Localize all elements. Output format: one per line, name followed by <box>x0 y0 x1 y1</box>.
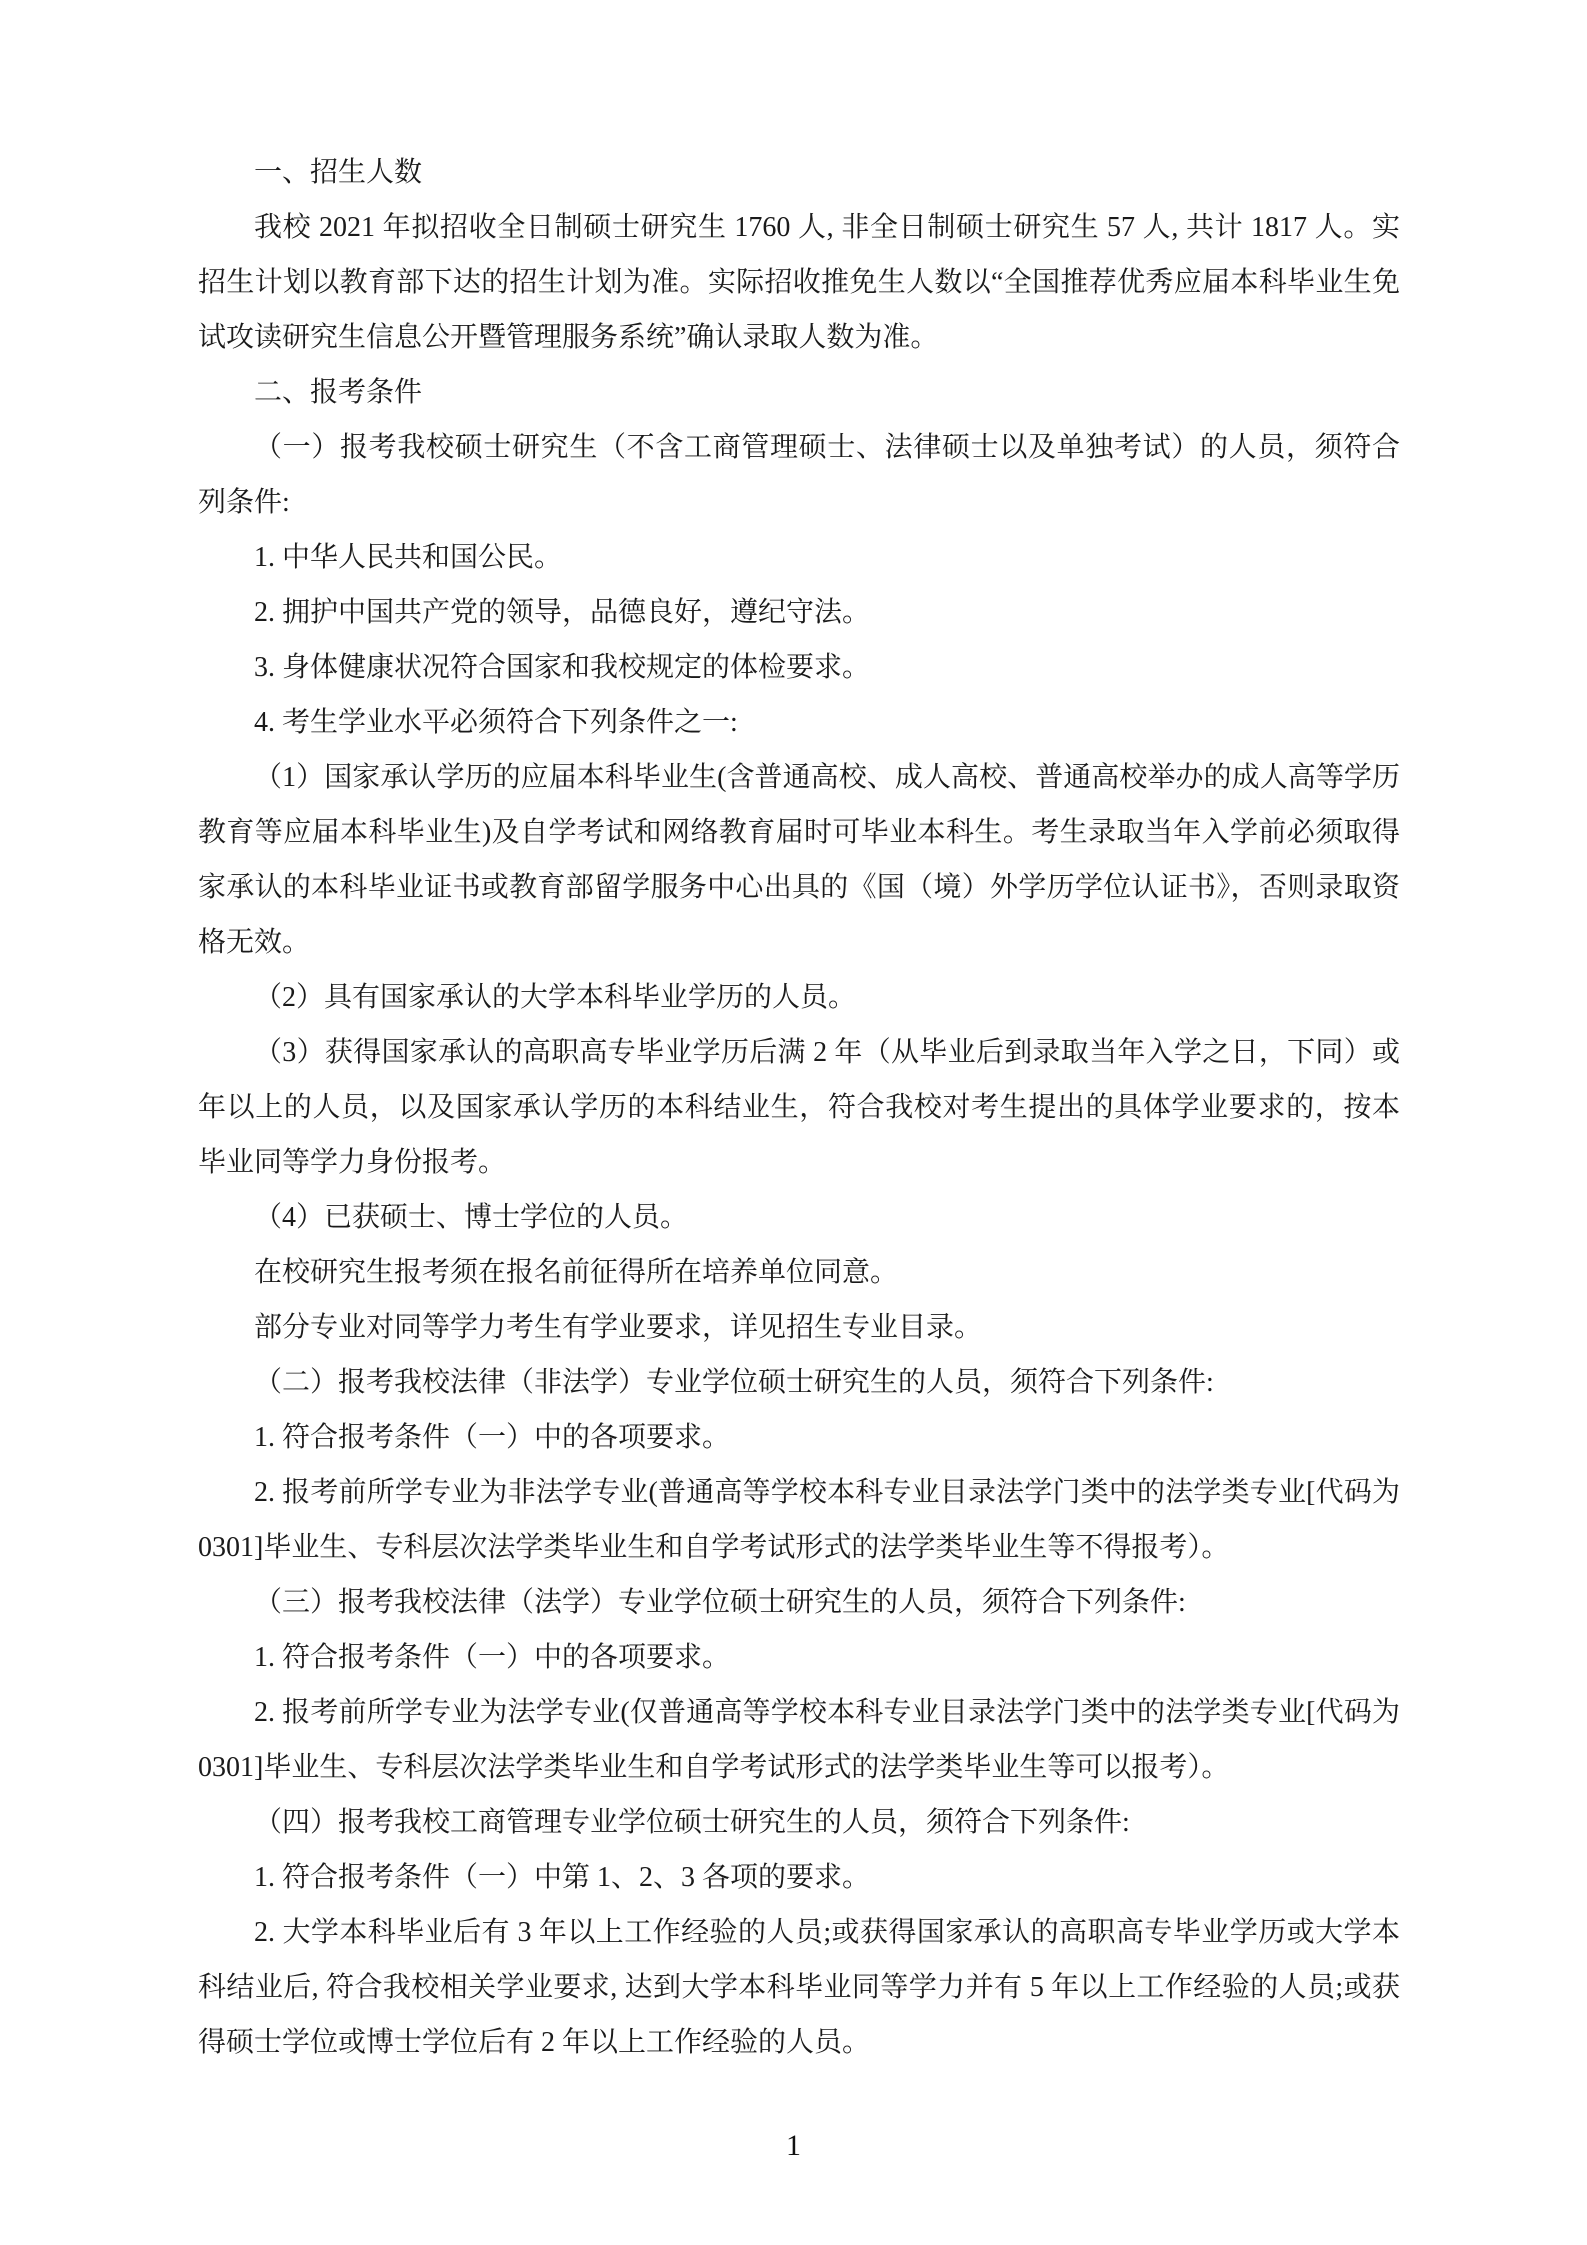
text-line: 部分专业对同等学力考生有学业要求，详见招生专业目录。 <box>198 1300 1400 1355</box>
text-line: 4. 考生学业水平必须符合下列条件之一: <box>198 695 1400 750</box>
text-line: （4）已获硕士、博士学位的人员。 <box>198 1190 1400 1245</box>
paragraph: 4. 考生学业水平必须符合下列条件之一: <box>198 695 1400 750</box>
text-line: 2. 报考前所学专业为法学专业(仅普通高等学校本科专业目录法学门类中的法学类专业… <box>198 1685 1400 1740</box>
paragraph: 我校 2021 年拟招收全日制硕士研究生 1760 人, 非全日制硕士研究生 5… <box>198 200 1400 365</box>
text-line: （3）获得国家承认的高职高专毕业学历后满 2 年（从毕业后到录取当年入学之日，下… <box>198 1025 1400 1080</box>
paragraph: 在校研究生报考须在报名前征得所在培养单位同意。 <box>198 1245 1400 1300</box>
paragraph: （四）报考我校工商管理专业学位硕士研究生的人员，须符合下列条件: <box>198 1795 1400 1850</box>
text-line: （2）具有国家承认的大学本科毕业学历的人员。 <box>198 970 1400 1025</box>
text-line: 得硕士学位或博士学位后有 2 年以上工作经验的人员。 <box>198 2015 1400 2070</box>
text-line: 在校研究生报考须在报名前征得所在培养单位同意。 <box>198 1245 1400 1300</box>
paragraph: 2. 拥护中国共产党的领导，品德良好，遵纪守法。 <box>198 585 1400 640</box>
text-line: 我校 2021 年拟招收全日制硕士研究生 1760 人, 非全日制硕士研究生 5… <box>198 200 1400 255</box>
text-line: 1. 符合报考条件（一）中的各项要求。 <box>198 1410 1400 1465</box>
text-line: 家承认的本科毕业证书或教育部留学服务中心出具的《国（境）外学历学位认证书》，否则… <box>198 860 1400 915</box>
text-line: 2. 拥护中国共产党的领导，品德良好，遵纪守法。 <box>198 585 1400 640</box>
paragraph: （三）报考我校法律（法学）专业学位硕士研究生的人员，须符合下列条件: <box>198 1575 1400 1630</box>
text-line: （四）报考我校工商管理专业学位硕士研究生的人员，须符合下列条件: <box>198 1795 1400 1850</box>
text-line: 0301]毕业生、专科层次法学类毕业生和自学考试形式的法学类毕业生等不得报考）。 <box>198 1520 1400 1575</box>
text-line: 招生计划以教育部下达的招生计划为准。实际招收推免生人数以“全国推荐优秀应届本科毕… <box>198 255 1400 310</box>
paragraph: 部分专业对同等学力考生有学业要求，详见招生专业目录。 <box>198 1300 1400 1355</box>
text-line: 年以上的人员，以及国家承认学历的本科结业生，符合我校对考生提出的具体学业要求的，… <box>198 1080 1400 1135</box>
text-line: 二、报考条件 <box>198 365 1400 420</box>
text-line: （一）报考我校硕士研究生（不含工商管理硕士、法律硕士以及单独考试）的人员，须符合… <box>198 420 1400 475</box>
paragraph: 1. 中华人民共和国公民。 <box>198 530 1400 585</box>
text-line: 1. 中华人民共和国公民。 <box>198 530 1400 585</box>
document-page: 一、招生人数我校 2021 年拟招收全日制硕士研究生 1760 人, 非全日制硕… <box>0 0 1587 2245</box>
paragraph: （2）具有国家承认的大学本科毕业学历的人员。 <box>198 970 1400 1025</box>
paragraph: （3）获得国家承认的高职高专毕业学历后满 2 年（从毕业后到录取当年入学之日，下… <box>198 1025 1400 1190</box>
paragraph: 2. 报考前所学专业为法学专业(仅普通高等学校本科专业目录法学门类中的法学类专业… <box>198 1685 1400 1795</box>
text-line: 科结业后, 符合我校相关学业要求, 达到大学本科毕业同等学力并有 5 年以上工作… <box>198 1960 1400 2015</box>
section-heading: 一、招生人数 <box>198 145 1400 200</box>
text-line: 0301]毕业生、专科层次法学类毕业生和自学考试形式的法学类毕业生等可以报考）。 <box>198 1740 1400 1795</box>
page-number: 1 <box>0 2126 1587 2166</box>
text-line: 列条件: <box>198 475 1400 530</box>
paragraph: 3. 身体健康状况符合国家和我校规定的体检要求。 <box>198 640 1400 695</box>
text-line: 毕业同等学力身份报考。 <box>198 1135 1400 1190</box>
text-line: （1）国家承认学历的应届本科毕业生(含普通高校、成人高校、普通高校举办的成人高等… <box>198 750 1400 805</box>
text-line: 试攻读研究生信息公开暨管理服务系统”确认录取人数为准。 <box>198 310 1400 365</box>
text-line: （三）报考我校法律（法学）专业学位硕士研究生的人员，须符合下列条件: <box>198 1575 1400 1630</box>
paragraph: 1. 符合报考条件（一）中的各项要求。 <box>198 1410 1400 1465</box>
paragraph: （一）报考我校硕士研究生（不含工商管理硕士、法律硕士以及单独考试）的人员，须符合… <box>198 420 1400 530</box>
paragraph: 1. 符合报考条件（一）中的各项要求。 <box>198 1630 1400 1685</box>
text-line: 格无效。 <box>198 915 1400 970</box>
paragraph: （4）已获硕士、博士学位的人员。 <box>198 1190 1400 1245</box>
text-line: 2. 大学本科毕业后有 3 年以上工作经验的人员;或获得国家承认的高职高专毕业学… <box>198 1905 1400 1960</box>
paragraph: （二）报考我校法律（非法学）专业学位硕士研究生的人员，须符合下列条件: <box>198 1355 1400 1410</box>
text-line: 2. 报考前所学专业为非法学专业(普通高等学校本科专业目录法学门类中的法学类专业… <box>198 1465 1400 1520</box>
paragraph: 1. 符合报考条件（一）中第 1、2、3 各项的要求。 <box>198 1850 1400 1905</box>
paragraph: 2. 报考前所学专业为非法学专业(普通高等学校本科专业目录法学门类中的法学类专业… <box>198 1465 1400 1575</box>
text-line: 3. 身体健康状况符合国家和我校规定的体检要求。 <box>198 640 1400 695</box>
paragraph: 2. 大学本科毕业后有 3 年以上工作经验的人员;或获得国家承认的高职高专毕业学… <box>198 1905 1400 2070</box>
section-heading: 二、报考条件 <box>198 365 1400 420</box>
paragraph: （1）国家承认学历的应届本科毕业生(含普通高校、成人高校、普通高校举办的成人高等… <box>198 750 1400 970</box>
text-line: （二）报考我校法律（非法学）专业学位硕士研究生的人员，须符合下列条件: <box>198 1355 1400 1410</box>
text-line: 教育等应届本科毕业生)及自学考试和网络教育届时可毕业本科生。考生录取当年入学前必… <box>198 805 1400 860</box>
document-body: 一、招生人数我校 2021 年拟招收全日制硕士研究生 1760 人, 非全日制硕… <box>198 145 1400 2070</box>
text-line: 1. 符合报考条件（一）中第 1、2、3 各项的要求。 <box>198 1850 1400 1905</box>
text-line: 1. 符合报考条件（一）中的各项要求。 <box>198 1630 1400 1685</box>
text-line: 一、招生人数 <box>198 145 1400 200</box>
